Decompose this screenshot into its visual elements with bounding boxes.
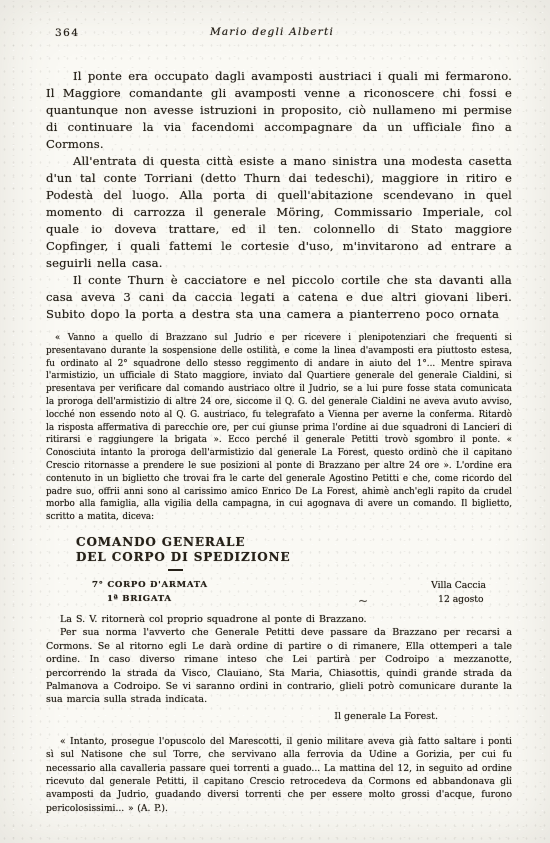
running-title: Mario degli Alberti bbox=[46, 26, 498, 38]
letter-date: 12 agosto bbox=[438, 594, 486, 605]
letter-heading-line-1: COMANDO GENERALE bbox=[76, 535, 512, 551]
letter-heading: COMANDO GENERALE DEL CORPO DI SPEDIZIONE bbox=[76, 535, 512, 571]
letter-heading-line-2: DEL CORPO DI SPEDIZIONE bbox=[76, 550, 512, 566]
main-text: Il ponte era occupato dagli avamposti au… bbox=[46, 68, 512, 323]
body-paragraph-1: Il ponte era occupato dagli avamposti au… bbox=[46, 68, 512, 153]
letter-meta: 7° CORPO D'ARMATA 1ª BRIGATA ~ Villa Cac… bbox=[46, 580, 512, 605]
heading-rule bbox=[168, 569, 183, 571]
body-paragraph-3: Il conte Thurn è cacciatore e nel piccol… bbox=[46, 272, 512, 323]
letter-paragraph-1: La S. V. ritornerà col proprio squadrone… bbox=[46, 613, 512, 626]
letter-body: La S. V. ritornerà col proprio squadrone… bbox=[46, 613, 512, 707]
letter-unit-block: 7° CORPO D'ARMATA 1ª BRIGATA bbox=[92, 580, 208, 605]
scanned-book-page: 364 Mario degli Alberti Il ponte era occ… bbox=[0, 0, 550, 843]
letter-signature: Il generale La Forest. bbox=[46, 711, 438, 722]
footnote-block: « Vanno a quello di Brazzano sul Judrio … bbox=[46, 332, 512, 524]
letter-paragraph-2: Per sua norma l'avverto che Generale Pet… bbox=[46, 626, 512, 706]
pencil-mark: ~ bbox=[358, 594, 367, 608]
letter-place: Villa Caccia bbox=[431, 580, 486, 591]
page-header: 364 Mario degli Alberti bbox=[46, 26, 512, 42]
letter-dateline: Villa Caccia 12 agosto bbox=[431, 580, 486, 605]
closing-text: « Intanto, prosegue l'opuscolo del Mares… bbox=[46, 735, 512, 815]
body-paragraph-2: All'entrata di questa città esiste a man… bbox=[46, 153, 512, 272]
closing-quote: « Intanto, prosegue l'opuscolo del Mares… bbox=[46, 735, 512, 815]
quoted-letter: COMANDO GENERALE DEL CORPO DI SPEDIZIONE… bbox=[46, 535, 512, 722]
letter-brigade: 1ª BRIGATA bbox=[107, 594, 208, 604]
footnote-text: « Vanno a quello di Brazzano sul Judrio … bbox=[46, 332, 512, 524]
letter-corps: 7° CORPO D'ARMATA bbox=[92, 580, 208, 590]
